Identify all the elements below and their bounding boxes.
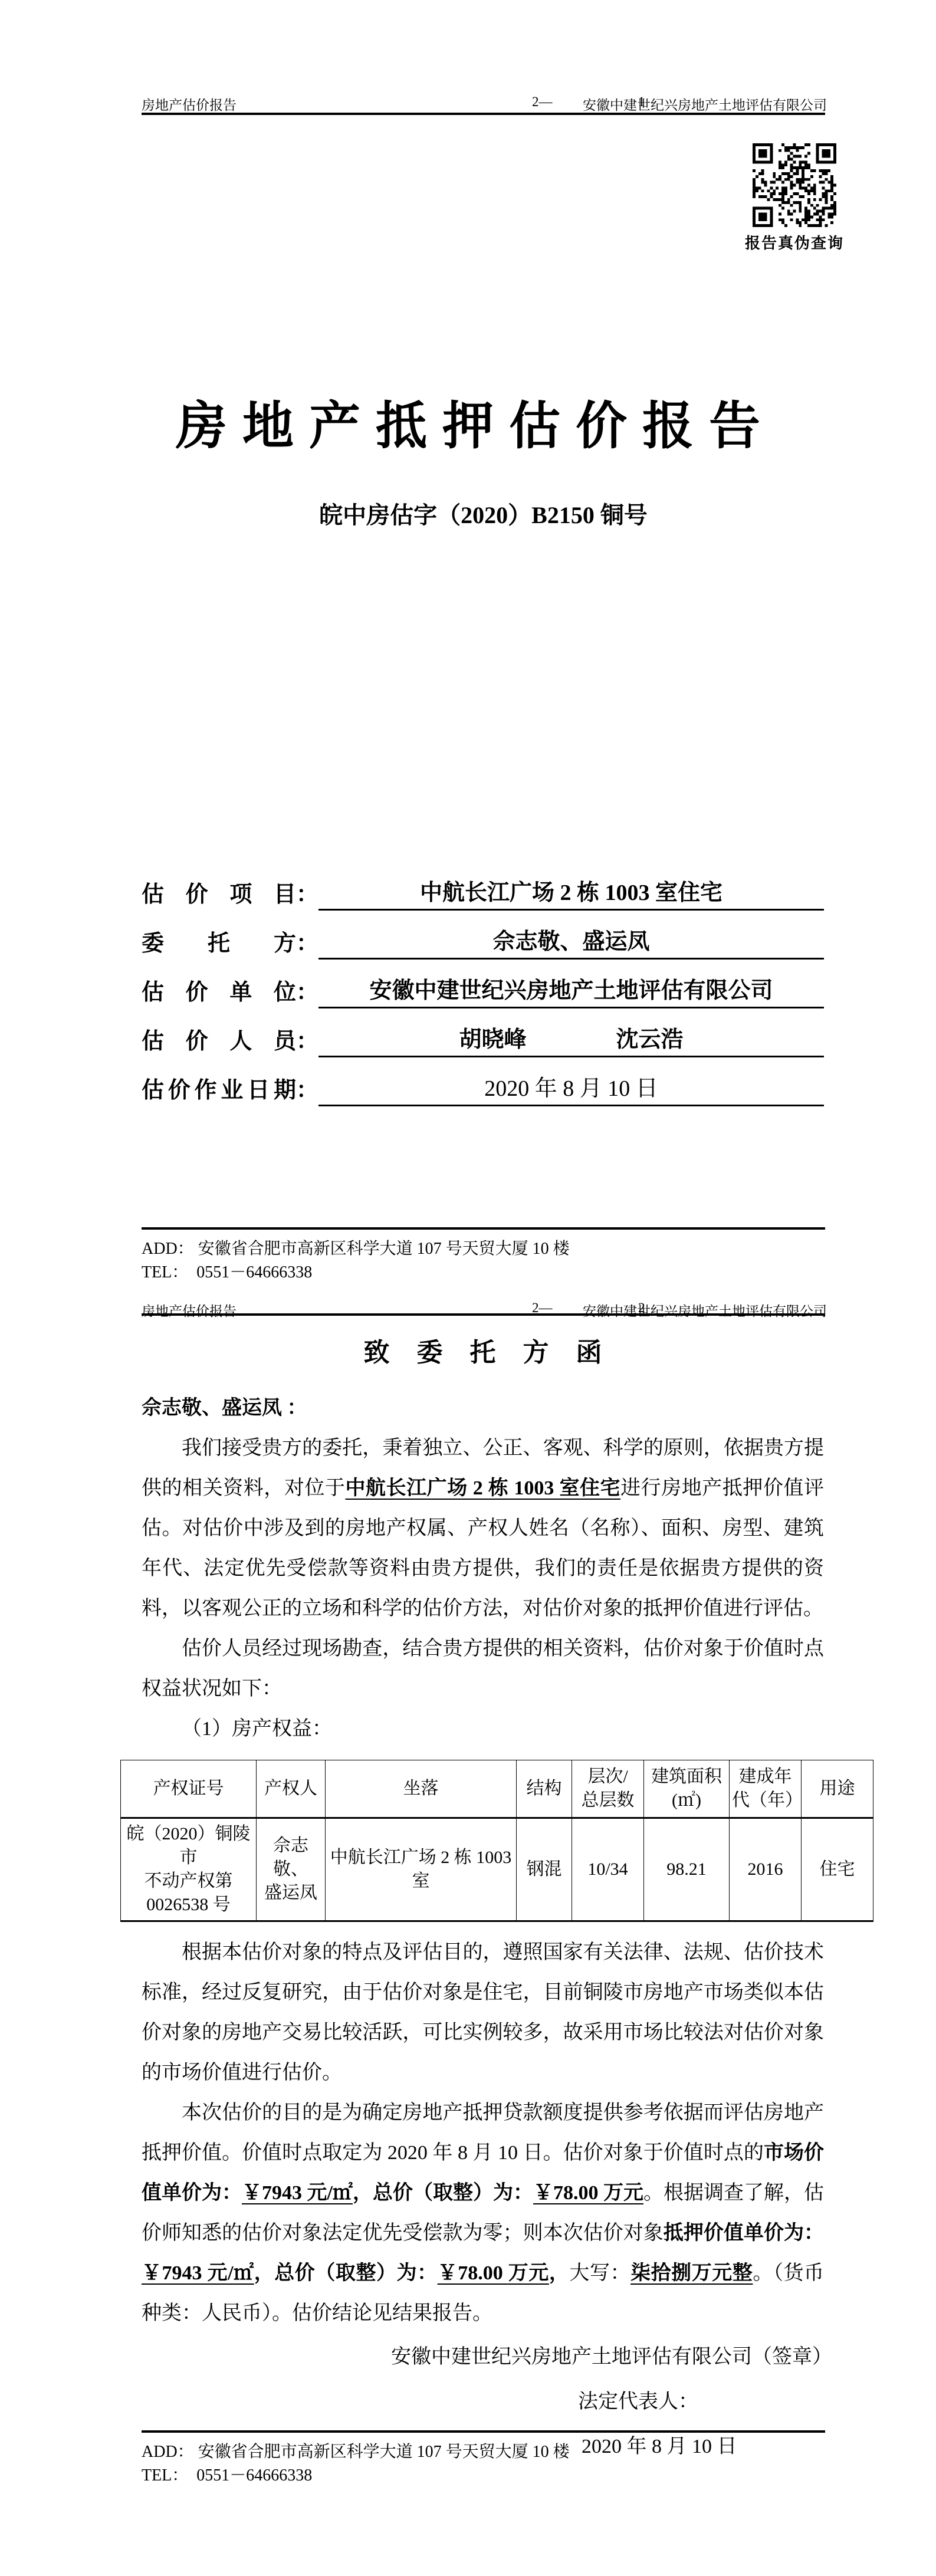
header-rule [142, 113, 825, 115]
field-value: 2020 年 8 月 10 日 [484, 1076, 658, 1101]
cell-owner: 佘志敬、 盛运凤 [257, 1818, 326, 1921]
field-label-text: 估价项目 [142, 876, 296, 908]
section-title: 致委托方函 [142, 1333, 824, 1373]
footer-address: ADD： 安徽省合肥市高新区科学大道 107 号天贸大厦 10 楼 [142, 1237, 825, 1261]
col-location: 坐落 [326, 1760, 517, 1818]
page1-footer: ADD： 安徽省合肥市高新区科学大道 107 号天贸大厦 10 楼 TEL： 0… [142, 1237, 825, 1284]
field-underline: 佘志敬、盛运凤 [318, 923, 824, 960]
field-label: 委托方： [142, 925, 318, 960]
cover-fields: 估价项目： 中航长江广场 2 栋 1003 室住宅 委托方： 佘志敬、盛运凤 估… [142, 866, 824, 1110]
footer-telephone: TEL： 0551－64666338 [142, 1261, 825, 1284]
cell-cert-number: 皖（2020）铜陵市 不动产权第 0026538 号 [121, 1818, 257, 1921]
paragraph-valuation-result: 本次估价的目的是为确定房地产抵押贷款额度提供参考依据而评估房地产抵押价值。价值时… [142, 2093, 824, 2334]
qr-code-image [753, 143, 836, 227]
header-rule [142, 1313, 825, 1316]
field-value: 中航长江广场 2 栋 1003 室住宅 [420, 880, 722, 905]
field-underline: 中航长江广场 2 栋 1003 室住宅 [318, 874, 824, 911]
field-row-appraisers: 估价人员： 胡晓峰 沈云浩 [142, 1013, 824, 1057]
header-company-name: 安徽中建世纪兴房地产土地评估有限公司 [583, 1300, 827, 1320]
field-row-client: 委托方： 佘志敬、盛运凤 [142, 915, 824, 960]
col-structure: 结构 [517, 1760, 572, 1818]
field-label-text: 估价人员 [142, 1023, 296, 1055]
field-underline: 胡晓峰 沈云浩 [318, 1021, 824, 1057]
cell-use: 住宅 [802, 1818, 873, 1921]
cell-area: 98.21 [644, 1818, 730, 1921]
signature-company: 安徽中建世纪兴房地产土地评估有限公司（签章） [142, 2337, 832, 2377]
footer-address: ADD： 安徽省合肥市高新区科学大道 107 号天贸大厦 10 楼 [142, 2440, 825, 2464]
field-label-text: 估价作业日期 [142, 1072, 296, 1104]
paragraph-method: 根据本估价对象的特点及评估目的，遵照国家有关法律、法规、估价技术标准，经过反复研… [142, 1933, 824, 2093]
col-owner: 产权人 [257, 1760, 326, 1818]
field-label: 估价作业日期： [142, 1072, 318, 1106]
footer-rule [142, 1227, 825, 1230]
field-row-agency: 估价单位： 安徽中建世纪兴房地产土地评估有限公司 [142, 964, 824, 1008]
field-label: 估价单位： [142, 974, 318, 1008]
page2-footer: ADD： 安徽省合肥市高新区科学大道 107 号天贸大厦 10 楼 TEL： 0… [142, 2440, 825, 2488]
field-underline: 2020 年 8 月 10 日 [318, 1070, 824, 1106]
field-value: 胡晓峰 沈云浩 [459, 1027, 684, 1052]
page1-header: 房地产估价报告 2— 1 安徽中建世纪兴房地产土地评估有限公司 [0, 94, 936, 114]
field-underline: 安徽中建世纪兴房地产土地评估有限公司 [318, 972, 824, 1008]
field-colon: ： [296, 974, 318, 1006]
qr-caption: 报告真伪查询 [735, 231, 854, 253]
field-label-text: 委托方 [142, 925, 296, 957]
field-row-work-date: 估价作业日期： 2020 年 8 月 10 日 [142, 1062, 824, 1106]
table-header-row: 产权证号 产权人 坐落 结构 层次/ 总层数 建筑面积 (㎡) 建成年 代（年）… [121, 1760, 873, 1818]
cell-floor: 10/34 [572, 1818, 644, 1921]
field-colon: ： [296, 925, 318, 957]
header-series-number: 2— [532, 94, 553, 110]
field-label-text: 估价单位 [142, 974, 296, 1006]
paragraph-rights-heading: （1）房产权益： [142, 1709, 824, 1749]
footer-telephone: TEL： 0551－64666338 [142, 2464, 825, 2488]
header-doc-title: 房地产估价报告 [142, 94, 237, 114]
letter-to-client: 致委托方函 佘志敬、盛运凤 ： 我们接受贵方的委托，秉着独立、公正、客观、科学的… [142, 1326, 824, 2467]
col-cert-number: 产权证号 [121, 1760, 257, 1818]
salutation: 佘志敬、盛运凤 ： [142, 1388, 824, 1428]
signature-legal-representative: 法定代表人： [578, 2382, 824, 2422]
col-year-built: 建成年 代（年） [730, 1760, 802, 1818]
field-value: 佘志敬、盛运凤 [493, 929, 650, 954]
header-doc-title: 房地产估价报告 [142, 1300, 237, 1320]
header-company-name: 安徽中建世纪兴房地产土地评估有限公司 [583, 94, 827, 114]
field-colon: ： [296, 1072, 318, 1104]
report-title: 房地产抵押估价报告 [0, 385, 936, 458]
footer-rule [142, 2430, 825, 2433]
field-colon: ： [296, 1023, 318, 1055]
field-label: 估价项目： [142, 876, 318, 911]
col-floor: 层次/ 总层数 [572, 1760, 644, 1818]
report-number: 皖中房估字（2020）B2150 铜号 [142, 497, 825, 530]
paragraph-survey: 估价人员经过现场勘查，结合贵方提供的相关资料，估价对象于价值时点权益状况如下： [142, 1629, 824, 1709]
property-rights-table: 产权证号 产权人 坐落 结构 层次/ 总层数 建筑面积 (㎡) 建成年 代（年）… [120, 1760, 873, 1922]
field-row-project: 估价项目： 中航长江广场 2 栋 1003 室住宅 [142, 866, 824, 911]
cell-structure: 钢混 [517, 1818, 572, 1921]
cell-year-built: 2016 [730, 1818, 802, 1921]
field-label: 估价人员： [142, 1023, 318, 1057]
field-value: 安徽中建世纪兴房地产土地评估有限公司 [370, 978, 773, 1003]
qr-code [753, 143, 836, 227]
field-colon: ： [296, 876, 318, 908]
cell-location: 中航长江广场 2 栋 1003 室 [326, 1818, 517, 1921]
col-use: 用途 [802, 1760, 873, 1818]
paragraph-engagement: 我们接受贵方的委托，秉着独立、公正、客观、科学的原则，依据贵方提供的相关资料，对… [142, 1428, 824, 1629]
col-area: 建筑面积 (㎡) [644, 1760, 730, 1818]
scanned-appraisal-report: 房地产估价报告 2— 1 安徽中建世纪兴房地产土地评估有限公司 报告真伪查询 房… [0, 0, 936, 2576]
table-row: 皖（2020）铜陵市 不动产权第 0026538 号 佘志敬、 盛运凤 中航长江… [121, 1818, 873, 1921]
page2-header: 房地产估价报告 2— 2 安徽中建世纪兴房地产土地评估有限公司 [0, 1300, 936, 1320]
